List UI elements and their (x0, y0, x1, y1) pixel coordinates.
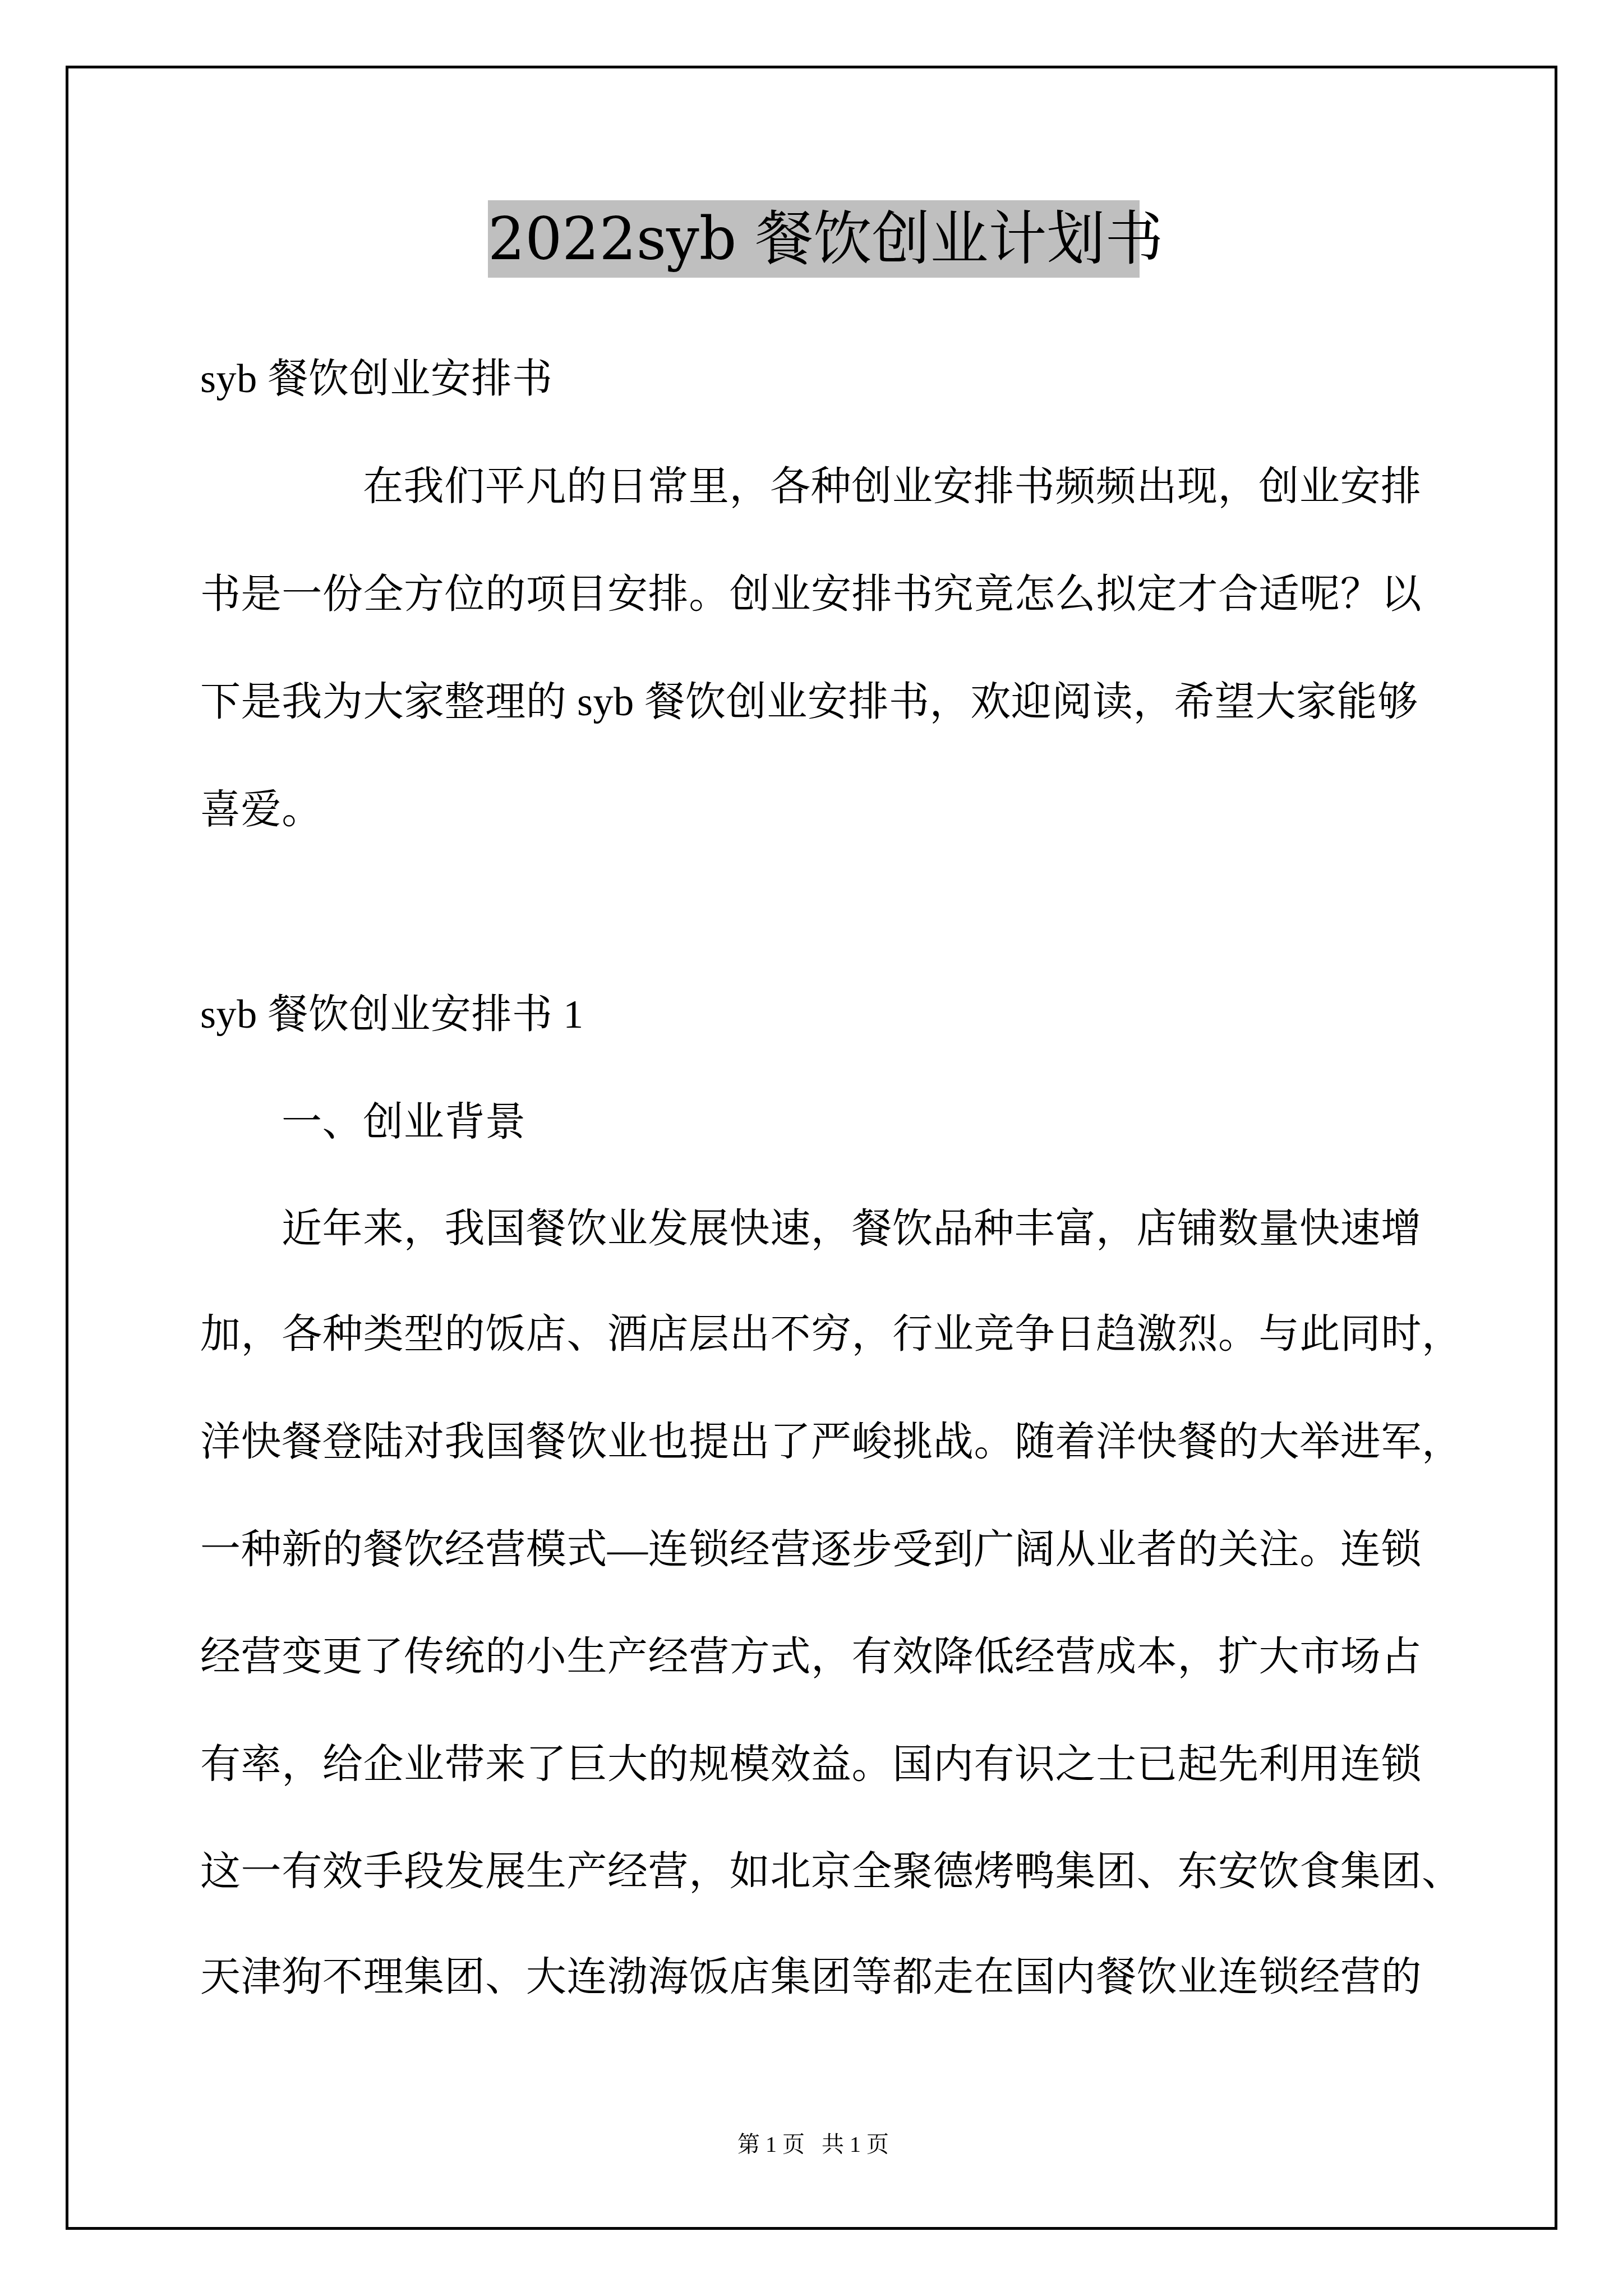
paragraph-line: 喜爱。 (200, 781, 322, 838)
paragraph-line: 经营变更了传统的小生产经营方式，有效降低经营成本，扩大市场占 (200, 1628, 1422, 1685)
paragraph-line: 加，各种类型的饭店、酒店层出不穷，行业竞争日趋激烈。与此同时， (200, 1306, 1463, 1362)
subsection-heading: 一、创业背景 (282, 1094, 526, 1150)
paragraph-line: 书是一份全方位的项目安排。创业安排书究竟怎么拟定才合适呢？以 (200, 566, 1422, 622)
page-footer: 第 1 页 共 1 页 (723, 2131, 903, 2159)
paragraph-line: 天津狗不理集团、大连渤海饭店集团等都走在国内餐饮业连锁经营的 (200, 1949, 1422, 2005)
paragraph-line: 在我们平凡的日常里，各种创业安排书频频出现，创业安排 (363, 458, 1422, 514)
paragraph-line: 这一有效手段发展生产经营，如北京全聚德烤鸭集团、东安饮食集团、 (200, 1843, 1463, 1899)
paragraph-line: 有率，给企业带来了巨大的规模效益。国内有识之士已起先利用连锁 (200, 1736, 1422, 1792)
paragraph-line: 下是我为大家整理的 syb 餐饮创业安排书，欢迎阅读，希望大家能够 (200, 674, 1418, 730)
section-heading: syb 餐饮创业安排书 1 (200, 986, 584, 1042)
document-title: 2022syb 餐饮创业计划书 (488, 200, 1140, 278)
paragraph-line: 一种新的餐饮经营模式—连锁经营逐步受到广阔从业者的关注。连锁 (200, 1521, 1422, 1577)
subtitle-line: syb 餐饮创业安排书 (200, 351, 553, 407)
paragraph-line: 近年来，我国餐饮业发展快速，餐饮品种丰富，店铺数量快速增 (282, 1200, 1422, 1257)
paragraph-line: 洋快餐登陆对我国餐饮业也提出了严峻挑战。随着洋快餐的大举进军， (200, 1414, 1463, 1470)
